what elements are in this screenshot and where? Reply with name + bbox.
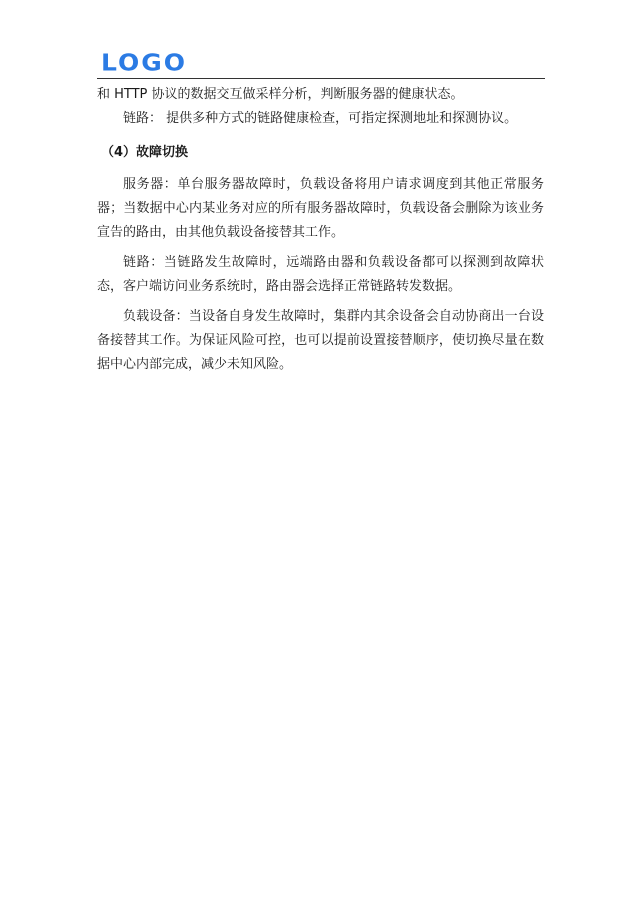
header-divider (97, 78, 545, 79)
logo-text: LOGO (101, 49, 187, 76)
document-page: LOGO 和 HTTP 协议的数据交互做采样分析，判断服务器的健康状态。 链路：… (0, 0, 640, 906)
paragraph-link-check: 链路： 提供多种方式的链路健康检查，可指定探测地址和探测协议。 (97, 107, 544, 131)
paragraph-server-failover: 服务器：单台服务器故障时，负载设备将用户请求调度到其他正常服务器；当数据中心内某… (97, 173, 544, 245)
paragraph-device-failover: 负载设备：当设备自身发生故障时，集群内其余设备会自动协商出一台设备接替其工作。为… (97, 305, 544, 377)
logo: LOGO (101, 52, 187, 74)
section-heading: （4）故障切换 (97, 141, 544, 165)
document-body: 和 HTTP 协议的数据交互做采样分析，判断服务器的健康状态。 链路： 提供多种… (97, 83, 544, 377)
paragraph-continuation: 和 HTTP 协议的数据交互做采样分析，判断服务器的健康状态。 (97, 83, 544, 107)
paragraph-link-failover: 链路：当链路发生故障时，远端路由器和负载设备都可以探测到故障状态，客户端访问业务… (97, 251, 544, 299)
